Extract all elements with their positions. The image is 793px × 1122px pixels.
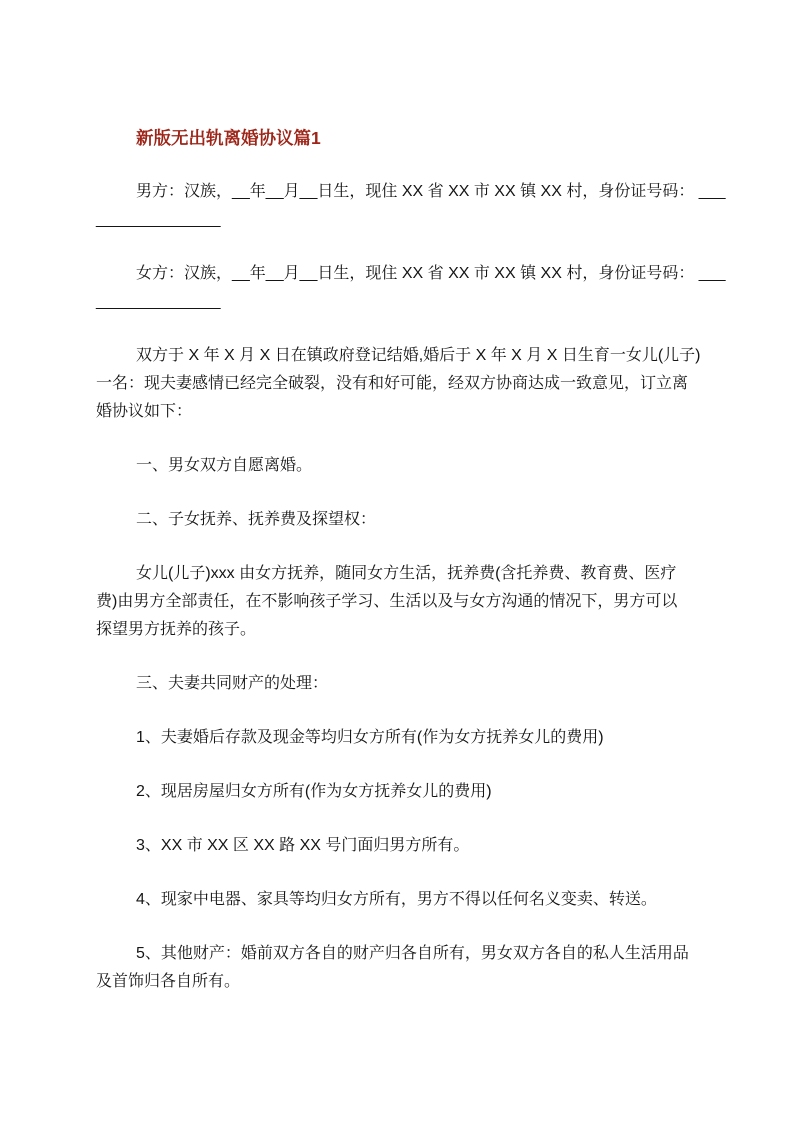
text-line: 探望男方抚养的孩子。: [96, 616, 697, 644]
text-line: 及首饰归各自所有。: [96, 968, 697, 996]
text-line: 3、XX 市 XX 区 XX 路 XX 号门面归男方所有。: [96, 832, 697, 860]
text-line: 一名：现夫妻感情已经完全破裂，没有和好可能，经双方协商达成一致意见，订立离: [96, 370, 697, 398]
blank-underscore-line: ______________: [96, 206, 697, 234]
text-line: 5、其他财产：婚前双方各自的财产归各自所有，男女双方各自的私人生活用品: [96, 940, 697, 968]
para-male-info: 男方：汉族，__年__月__日生，现住 XX 省 XX 市 XX 镇 XX 村，…: [96, 178, 697, 234]
para-property-item-4: 4、现家中电器、家具等均归女方所有，男方不得以任何名义变卖、转送。: [96, 886, 697, 914]
para-marriage-preamble: 双方于 X 年 X 月 X 日在镇政府登记结婚,婚后于 X 年 X 月 X 日生…: [96, 342, 697, 426]
document-title: 新版无出轨离婚协议篇1: [96, 124, 697, 152]
para-female-info: 女方：汉族，__年__月__日生，现住 XX 省 XX 市 XX 镇 XX 村，…: [96, 260, 697, 316]
blank-underscore-line: ______________: [96, 288, 697, 316]
text-line: 1、夫妻婚后存款及现金等均归女方所有(作为女方抚养女儿的费用): [96, 724, 697, 752]
text-line: 女儿(儿子)xxx 由女方抚养，随同女方生活，抚养费(含托养费、教育费、医疗: [96, 560, 697, 588]
para-clause-2-custody: 女儿(儿子)xxx 由女方抚养，随同女方生活，抚养费(含托养费、教育费、医疗 费…: [96, 560, 697, 644]
para-clause-3: 三、夫妻共同财产的处理：: [96, 670, 697, 698]
text-line: 双方于 X 年 X 月 X 日在镇政府登记结婚,婚后于 X 年 X 月 X 日生…: [96, 342, 697, 370]
para-property-item-3: 3、XX 市 XX 区 XX 路 XX 号门面归男方所有。: [96, 832, 697, 860]
para-clause-2: 二、子女抚养、抚养费及探望权：: [96, 506, 697, 534]
para-property-item-1: 1、夫妻婚后存款及现金等均归女方所有(作为女方抚养女儿的费用): [96, 724, 697, 752]
text-line: 男方：汉族，__年__月__日生，现住 XX 省 XX 市 XX 镇 XX 村，…: [96, 178, 697, 206]
text-line: 女方：汉族，__年__月__日生，现住 XX 省 XX 市 XX 镇 XX 村，…: [96, 260, 697, 288]
text-line: 费)由男方全部责任，在不影响孩子学习、生活以及与女方沟通的情况下，男方可以: [96, 588, 697, 616]
document-page: 新版无出轨离婚协议篇1 男方：汉族，__年__月__日生，现住 XX 省 XX …: [0, 0, 793, 1122]
para-clause-1: 一、男女双方自愿离婚。: [96, 452, 697, 480]
text-line: 二、子女抚养、抚养费及探望权：: [96, 506, 697, 534]
para-property-item-5: 5、其他财产：婚前双方各自的财产归各自所有，男女双方各自的私人生活用品 及首饰归…: [96, 940, 697, 996]
text-line: 婚协议如下：: [96, 398, 697, 426]
para-property-item-2: 2、现居房屋归女方所有(作为女方抚养女儿的费用): [96, 778, 697, 806]
text-line: 2、现居房屋归女方所有(作为女方抚养女儿的费用): [96, 778, 697, 806]
text-line: 一、男女双方自愿离婚。: [96, 452, 697, 480]
text-line: 三、夫妻共同财产的处理：: [96, 670, 697, 698]
text-line: 4、现家中电器、家具等均归女方所有，男方不得以任何名义变卖、转送。: [96, 886, 697, 914]
